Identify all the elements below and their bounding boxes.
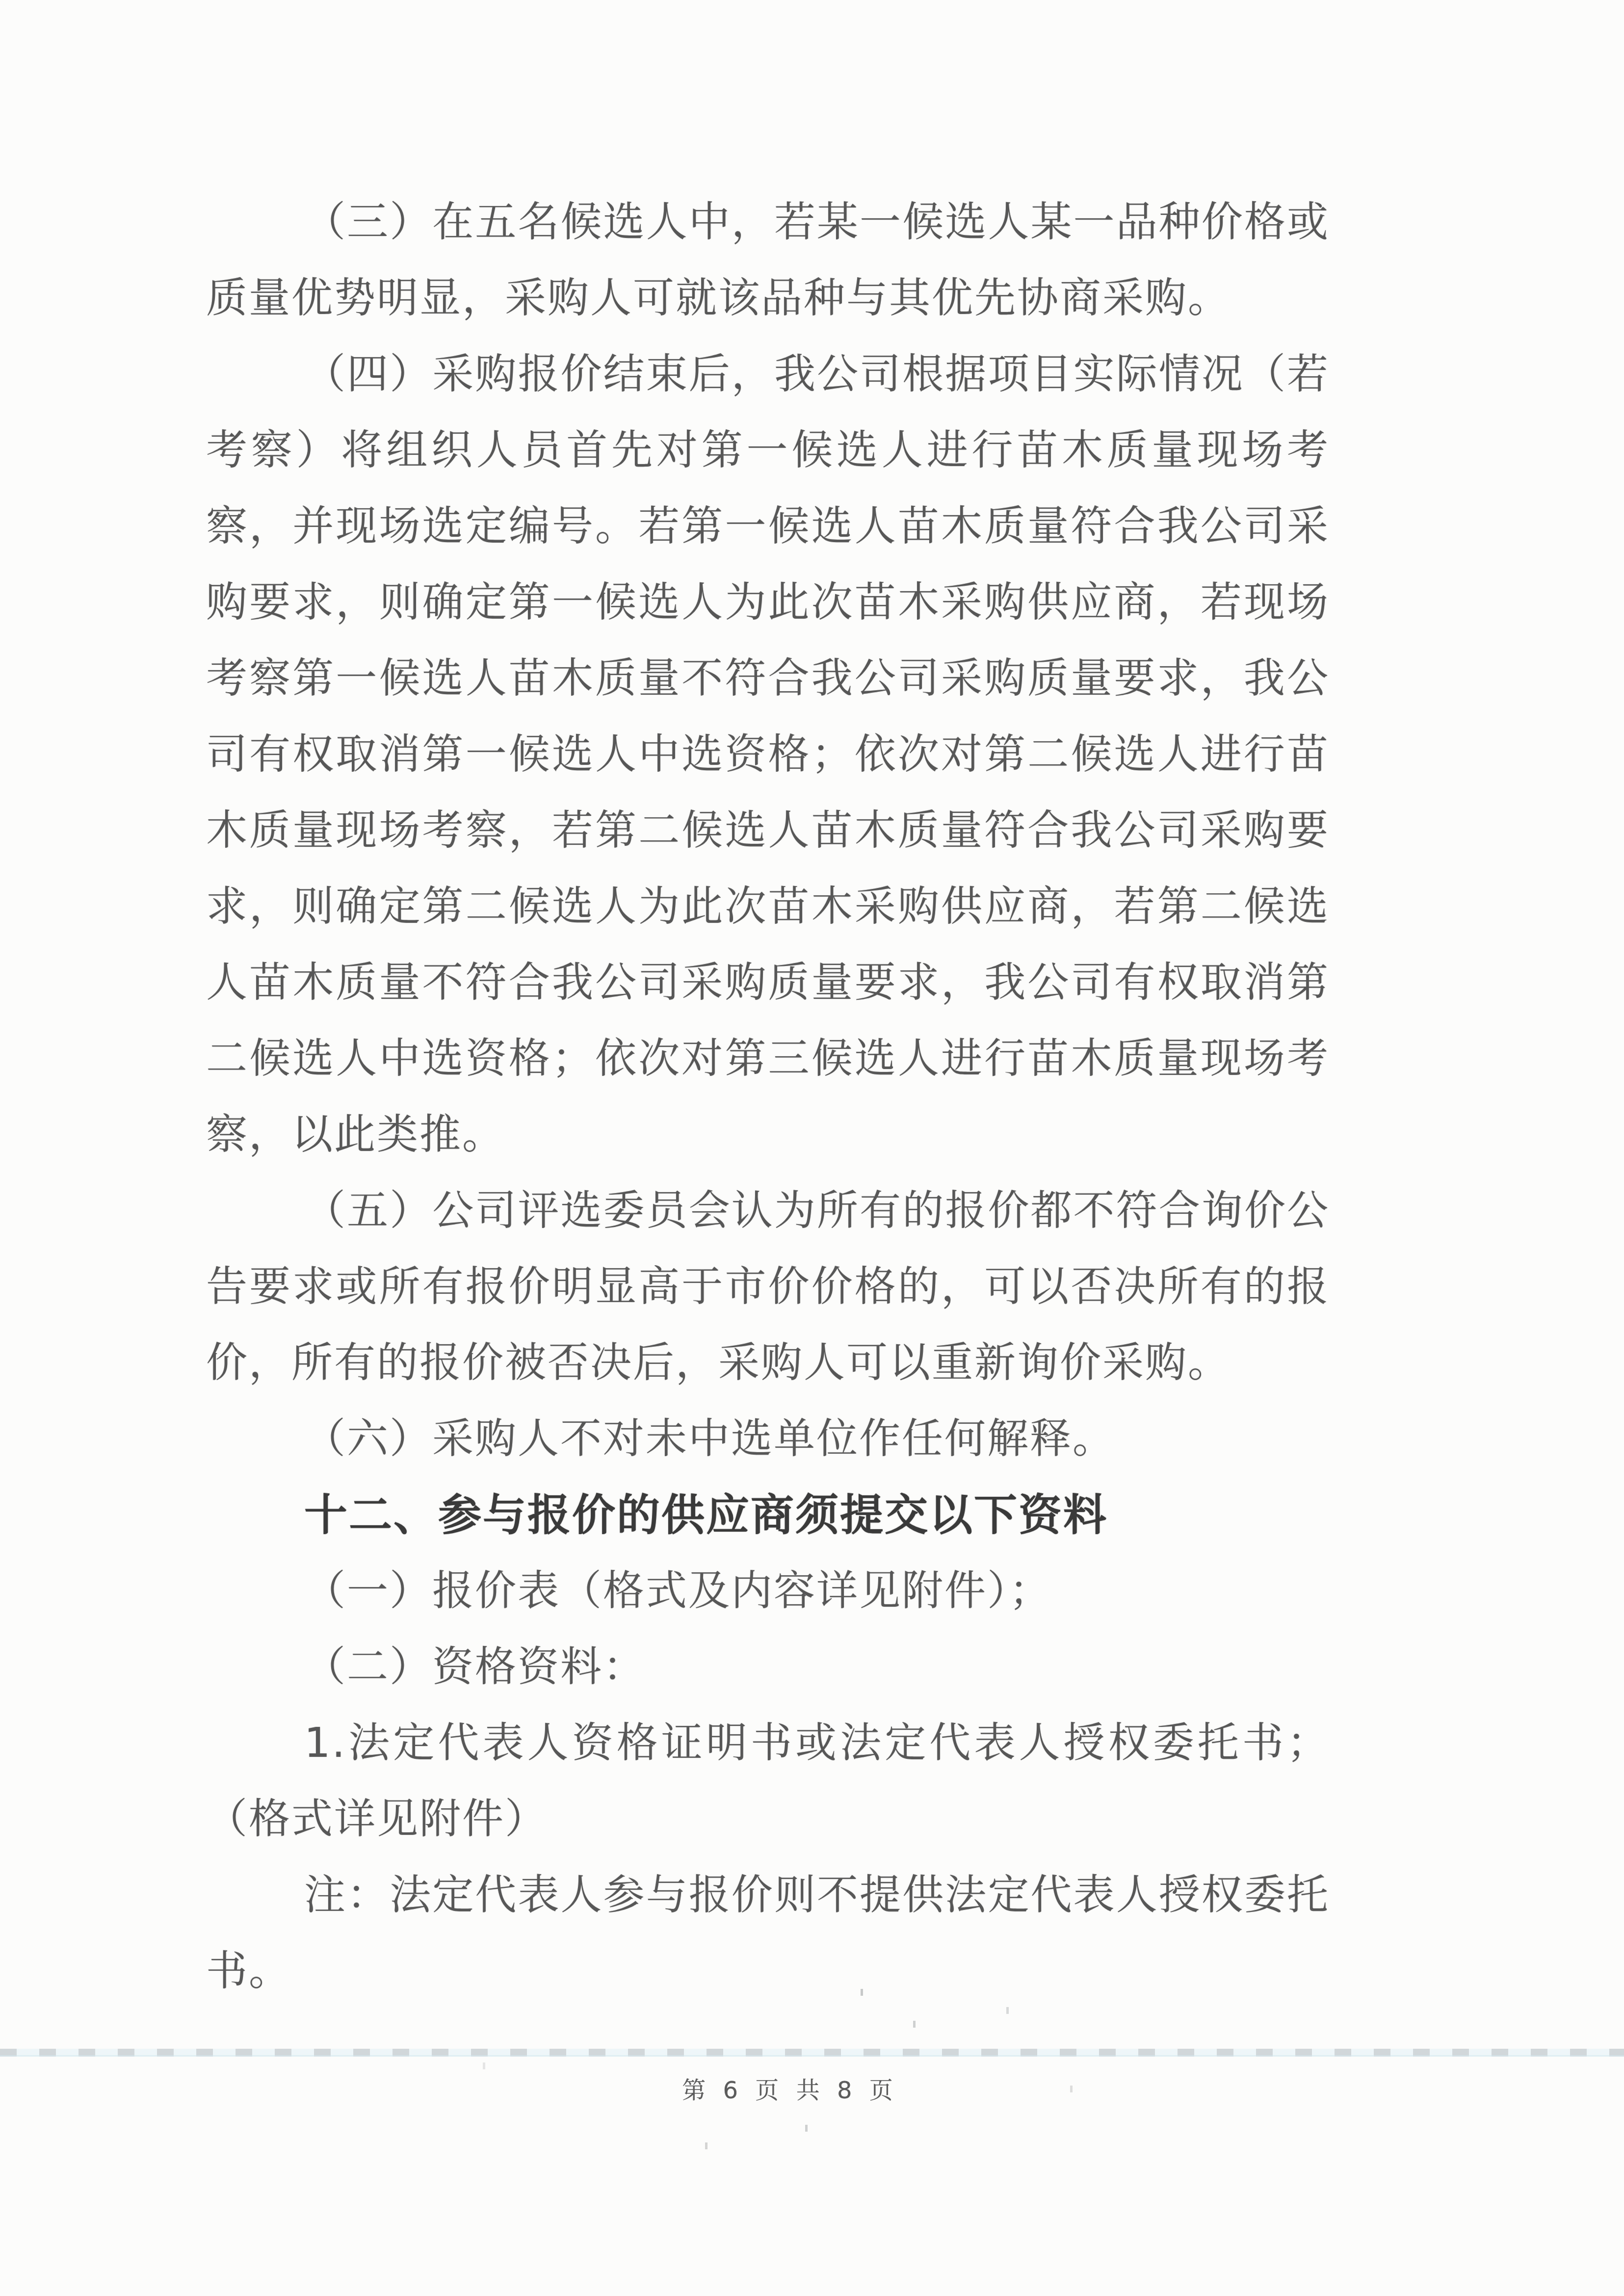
paragraph-6: （一）报价表（格式及内容详见附件）； [206,1553,1330,1629]
paragraph-1: （三）在五名候选人中，若某一候选人某一品种价格或质量优势明显，采购人可就该品种与… [206,184,1330,336]
scan-artifact-band [0,2049,1624,2057]
paragraph-7: （二）资格资料： [206,1629,1330,1705]
document-body: （三）在五名候选人中，若某一候选人某一品种价格或质量优势明显，采购人可就该品种与… [206,184,1330,2009]
paragraph-9: 注：法定代表人参与报价则不提供法定代表人授权委托书。 [206,1857,1330,2009]
page-number: 第 6 页 共 8 页 [0,2071,1602,2105]
paragraph-8: 1.法定代表人资格证明书或法定代表人授权委托书；（格式详见附件） [206,1705,1330,1857]
paragraph-4: （六）采购人不对未中选单位作任何解释。 [206,1401,1330,1477]
paragraph-2: （四）采购报价结束后，我公司根据项目实际情况（若考察）将组织人员首先对第一候选人… [206,336,1330,1173]
paragraph-5: 十二、参与报价的供应商须提交以下资料 [206,1477,1330,1553]
paragraph-3: （五）公司评选委员会认为所有的报价都不符合询价公告要求或所有报价明显高于市价价格… [206,1173,1330,1401]
scanned-document-page: （三）在五名候选人中，若某一候选人某一品种价格或质量优势明显，采购人可就该品种与… [0,0,1624,2296]
scan-noise-specks [0,0,1,6]
